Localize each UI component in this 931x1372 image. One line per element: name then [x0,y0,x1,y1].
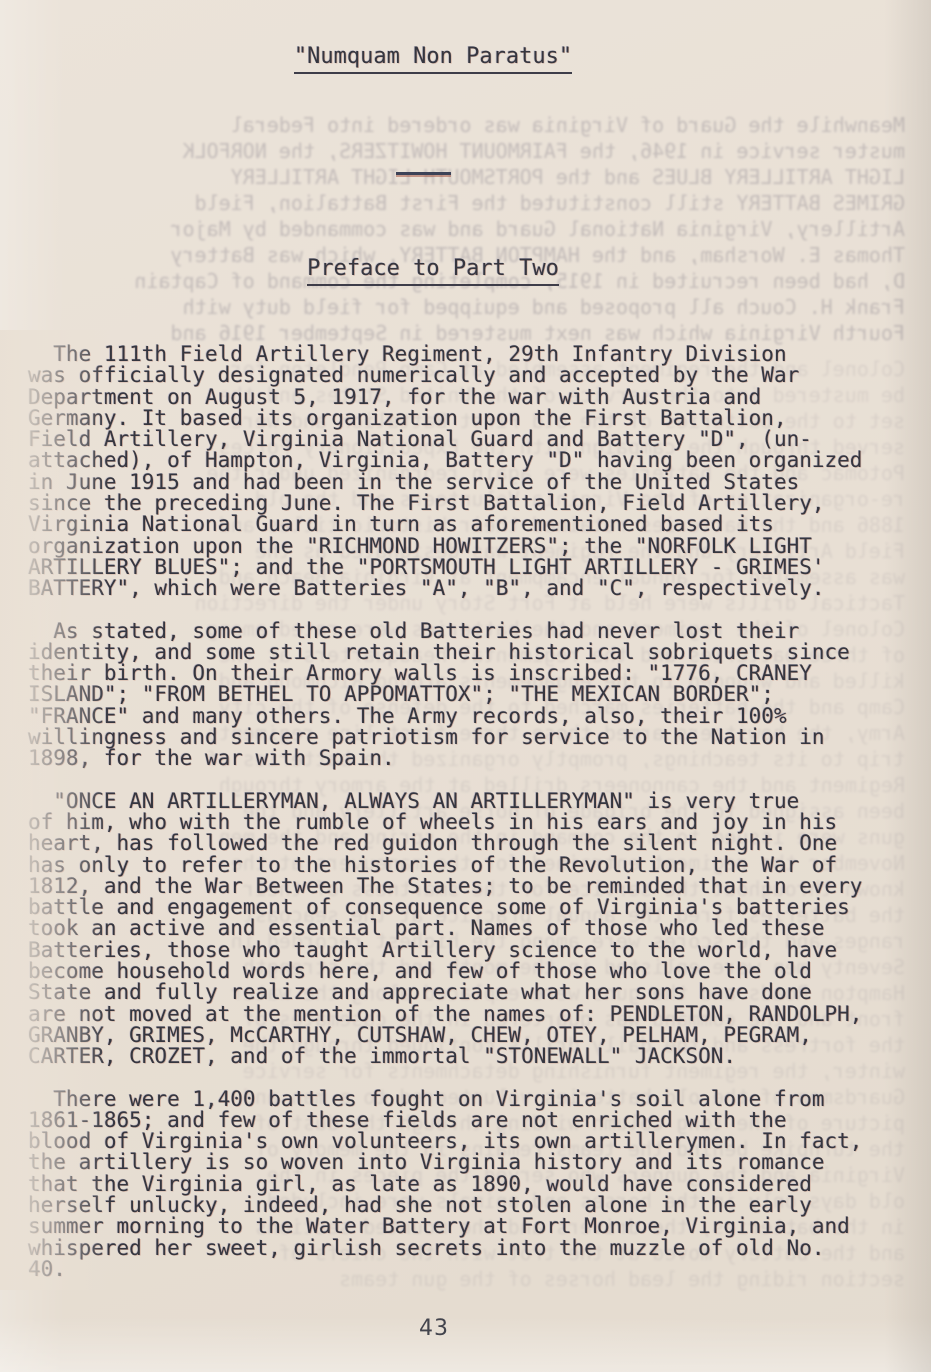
page-title: "Numquam Non Paratus" [294,44,572,74]
body-text: The 111th Field Artillery Regiment, 29th… [28,344,862,1301]
page-number: 43 [0,1316,868,1341]
scanned-page: Meanwhile the Guard of Virginia was orde… [0,0,931,1372]
section-divider [396,172,451,175]
bleed-through-text-top: Meanwhile the Guard of Virginia was orde… [25,112,905,346]
paragraph-4: There were 1,400 battles fought on Virgi… [28,1089,862,1281]
heading-row: Preface to Part Two [0,256,866,286]
title-row: "Numquam Non Paratus" [0,44,866,74]
paragraph-2: As stated, some of these old Batteries h… [28,621,862,770]
paragraph-3: "ONCE AN ARTILLERYMAN, ALWAYS AN ARTILLE… [28,791,862,1068]
section-heading: Preface to Part Two [307,256,559,286]
paragraph-1: The 111th Field Artillery Regiment, 29th… [28,344,862,600]
